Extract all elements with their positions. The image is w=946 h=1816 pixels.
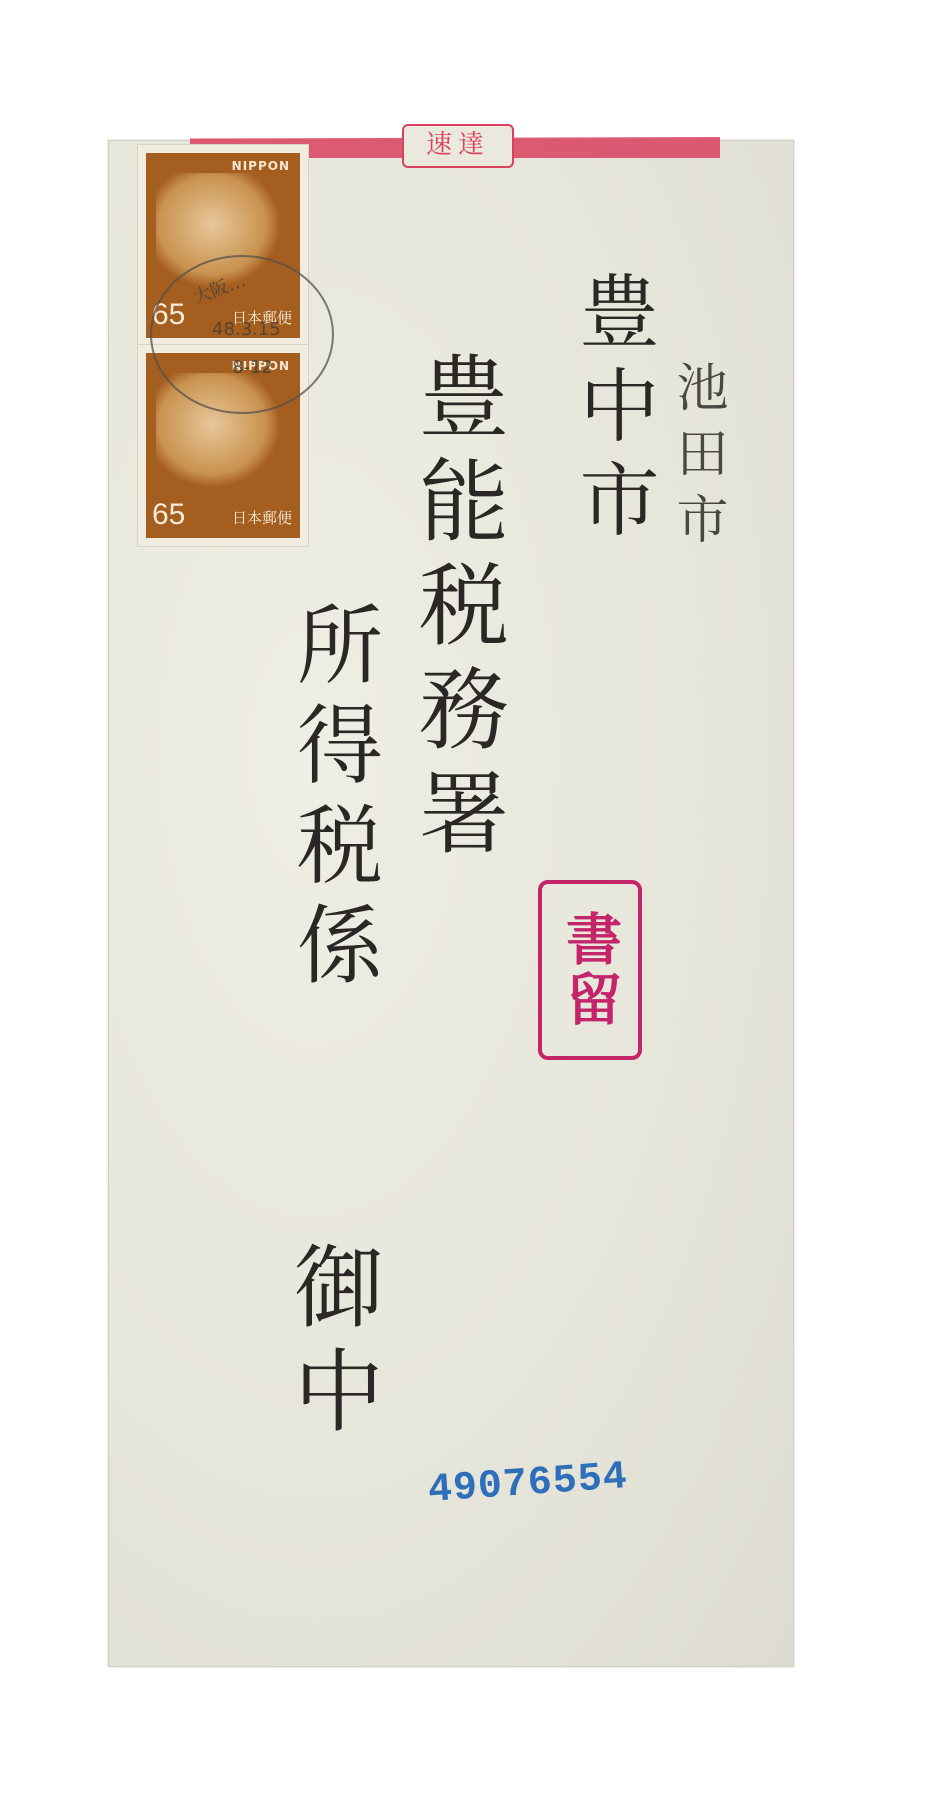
address-line: 池田市 xyxy=(660,360,735,558)
postmark: 大阪… 48.3.15 8-12 xyxy=(150,255,334,414)
postmark-time: 8-12 xyxy=(232,357,273,378)
address-line: 御中 xyxy=(265,1240,395,1448)
postmark-date: 48.3.15 xyxy=(212,319,281,340)
stamp-label: 日本郵便 xyxy=(232,507,292,528)
address-line: 所得税係 xyxy=(270,600,394,1000)
registered-mail-stamp: 書留 xyxy=(538,880,642,1060)
postmark-place: 大阪… xyxy=(189,267,249,310)
address-line: 豊能税務署 xyxy=(390,350,520,870)
address-line: 豊中市 xyxy=(555,270,670,552)
express-marking: 速達 xyxy=(402,124,514,168)
stamp-country: NIPPON xyxy=(232,159,290,173)
stamp-value: 65 xyxy=(152,498,185,532)
